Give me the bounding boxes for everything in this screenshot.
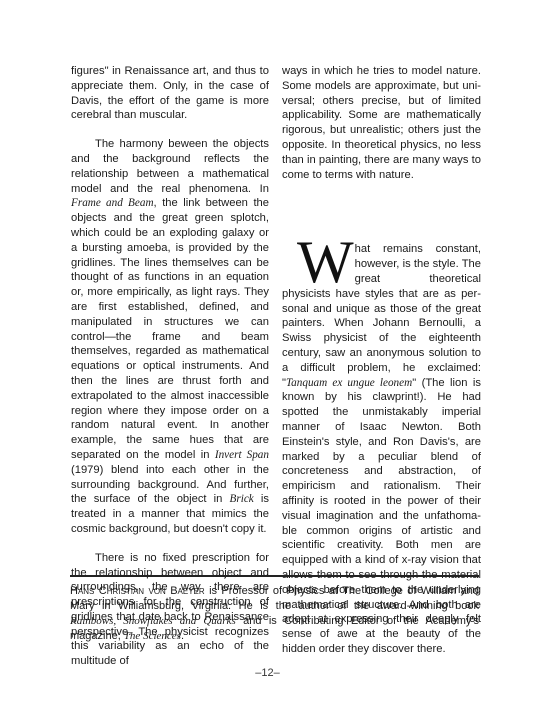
paragraph: ways in which he tries to model nature. … xyxy=(282,64,481,182)
page-number: –12– xyxy=(0,667,535,679)
author-bio: Hans Christian von Baeyer is Professor o… xyxy=(70,584,479,644)
author-name: Hans Christian von Baeyer xyxy=(70,585,205,597)
artwork-title: Brick xyxy=(230,493,254,505)
divider-rule xyxy=(70,575,479,577)
latin-quote: Tanquam ex ungue leonem xyxy=(286,377,412,389)
drop-cap: W xyxy=(297,239,354,285)
text-span: The harmony beween the objects and the b… xyxy=(71,138,269,194)
text-span: . xyxy=(181,630,184,642)
magazine-title: The Sciences xyxy=(124,630,181,642)
artwork-title: Frame and Beam xyxy=(71,197,154,209)
paragraph: figures" in Renaissance art, and thus to… xyxy=(71,64,269,123)
text-span: , the link between the objects and the g… xyxy=(71,197,269,461)
book-title: Rainbows, Snowflakes and Quarks xyxy=(70,615,236,627)
right-column: ways in which he tries to model nature. … xyxy=(282,64,481,671)
paragraph: The harmony beween the objects and the b… xyxy=(71,137,269,537)
artwork-title: Invert Span xyxy=(215,449,269,461)
